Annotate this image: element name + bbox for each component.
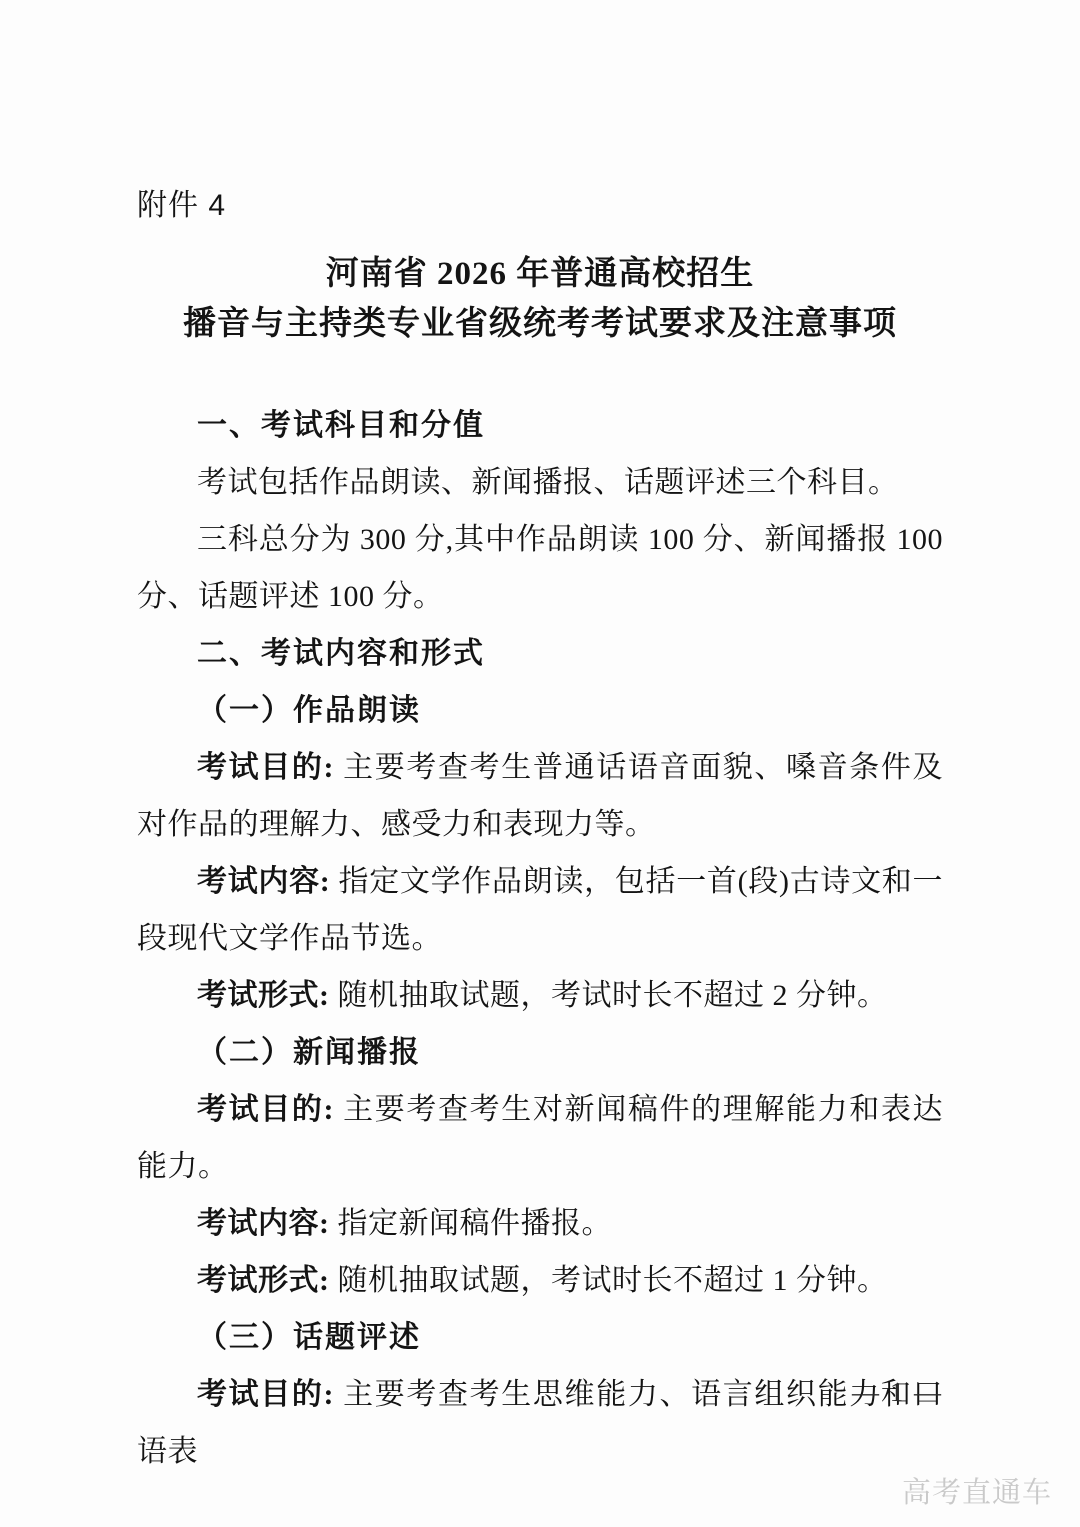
labeled-paragraph: 考试形式: 随机抽取试题，考试时长不超过 1 分钟。 <box>137 1252 943 1309</box>
page-number: — 1 — <box>852 1372 943 1412</box>
attachment-label: 附件 4 <box>137 185 943 227</box>
labeled-paragraph: 考试目的: 主要考查考生对新闻稿件的理解能力和表达能力。 <box>137 1081 943 1195</box>
paragraph: 考试包括作品朗读、新闻播报、话题评述三个科目。 <box>137 454 943 511</box>
labeled-paragraph: 考试形式: 随机抽取试题，考试时长不超过 2 分钟。 <box>137 967 943 1024</box>
labeled-paragraph: 考试内容: 指定新闻稿件播报。 <box>137 1195 943 1252</box>
paragraph-label: 考试形式: <box>197 1264 330 1297</box>
title-line-2: 播音与主持类专业省级统考考试要求及注意事项 <box>137 299 943 349</box>
subsection-heading: （三）话题评述 <box>137 1309 943 1366</box>
paragraph-label: 考试目的: <box>197 1093 334 1126</box>
title-line-1: 河南省 2026 年普通高校招生 <box>137 249 943 299</box>
section-heading: 二、考试内容和形式 <box>137 625 943 682</box>
subsection-heading: （一）作品朗读 <box>137 682 943 739</box>
paragraph-label: 考试目的: <box>197 1378 334 1411</box>
labeled-paragraph: 考试目的: 主要考查考生思维能力、语言组织能力和口语表 <box>137 1366 943 1480</box>
subsection-heading: （二）新闻播报 <box>137 1024 943 1081</box>
paragraph-label: 考试内容: <box>197 1207 330 1240</box>
paragraph-label: 考试目的: <box>197 751 334 784</box>
watermark: 高考直通车 <box>902 1470 1052 1511</box>
document-body: 一、考试科目和分值考试包括作品朗读、新闻播报、话题评述三个科目。三科总分为 30… <box>137 397 943 1480</box>
paragraph-label: 考试形式: <box>197 979 330 1012</box>
paragraph: 三科总分为 300 分,其中作品朗读 100 分、新闻播报 100 分、话题评述… <box>137 511 943 625</box>
labeled-paragraph: 考试目的: 主要考查考生普通话语音面貌、嗓音条件及对作品的理解力、感受力和表现力… <box>137 739 943 853</box>
labeled-paragraph: 考试内容: 指定文学作品朗读，包括一首(段)古诗文和一段现代文学作品节选。 <box>137 853 943 967</box>
paragraph-label: 考试内容: <box>197 865 330 898</box>
document-page: 附件 4 河南省 2026 年普通高校招生 播音与主持类专业省级统考考试要求及注… <box>0 0 1080 1527</box>
document-title: 河南省 2026 年普通高校招生 播音与主持类专业省级统考考试要求及注意事项 <box>137 249 943 349</box>
section-heading: 一、考试科目和分值 <box>137 397 943 454</box>
